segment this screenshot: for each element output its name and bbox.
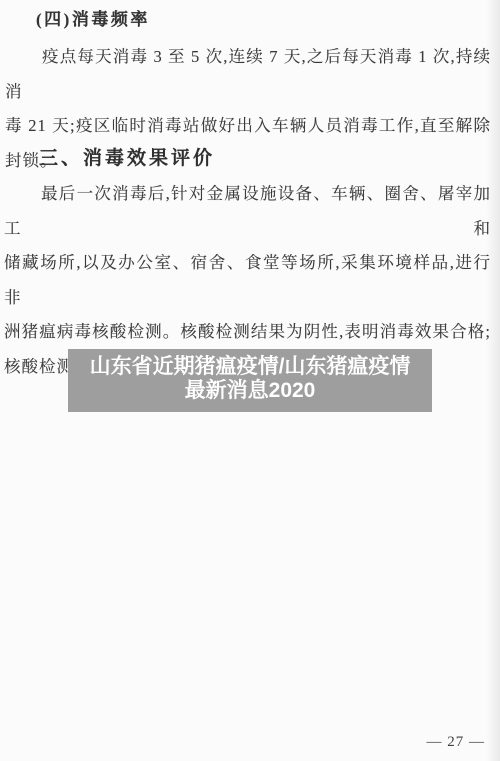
paragraph-line: 毒 21 天;疫区临时消毒站做好出入车辆人员消毒工作,直至解除 — [5, 109, 491, 144]
article-link-title-line1: 山东省近期猪瘟疫情/山东猪瘟疫情 — [68, 355, 432, 379]
paragraph-line: 最后一次消毒后,针对金属设施设备、车辆、圈舍、屠宰加工和 — [4, 177, 491, 246]
article-link-title-line2: 最新消息2020 — [68, 379, 432, 403]
paragraph-line: 洲猪瘟病毒核酸检测。核酸检测结果为阴性,表明消毒效果合格; — [4, 315, 491, 350]
paragraph-line: 储藏场所,以及办公室、宿舍、食堂等场所,采集环境样品,进行非 — [4, 246, 491, 315]
page-number: — 27 — — [0, 734, 485, 751]
scanned-document-page: (四)消毒频率 疫点每天消毒 3 至 5 次,连续 7 天,之后每天消毒 1 次… — [0, 0, 500, 761]
section-heading-disinfection-frequency: (四)消毒频率 — [36, 5, 150, 30]
paragraph-line: 疫点每天消毒 3 至 5 次,连续 7 天,之后每天消毒 1 次,持续消 — [5, 40, 491, 109]
article-link-banner[interactable]: 山东省近期猪瘟疫情/山东猪瘟疫情 最新消息2020 — [68, 349, 432, 412]
section-heading-disinfection-effect-evaluation: 三、消毒效果评价 — [39, 143, 215, 170]
